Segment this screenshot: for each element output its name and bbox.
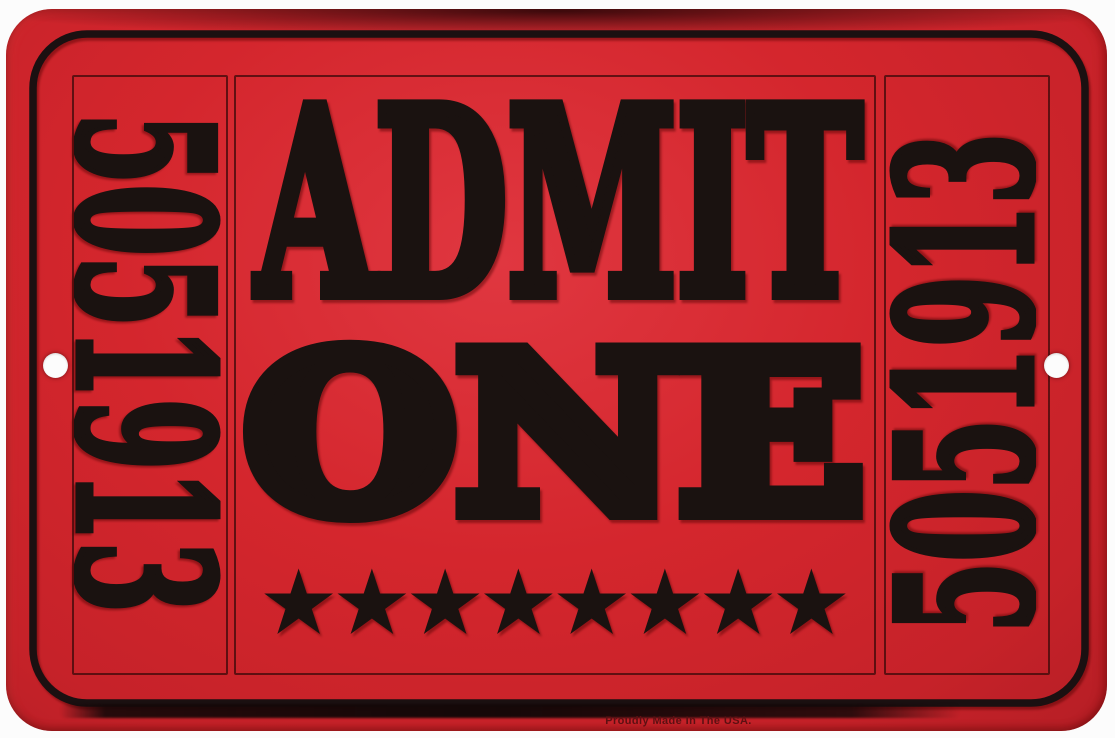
serial-number-left: 5051913 xyxy=(74,103,224,623)
one-text: ONE xyxy=(244,307,864,561)
made-in-usa-text: Proudly Made In The USA. xyxy=(128,715,1107,727)
serial-number-right-text: 5051913 xyxy=(886,133,1036,633)
mounting-hole-left xyxy=(43,353,68,378)
photo-backdrop: { "sign": { "line1": "ADMIT", "line2": "… xyxy=(0,0,1115,738)
mounting-hole-right xyxy=(1044,353,1069,378)
ticket-sign: ADMIT ONE ★★★★★★★★ 5051913 5051913 Proud… xyxy=(6,9,1107,731)
serial-number-right: 5051913 xyxy=(886,123,1036,643)
serial-number-left-text: 5051913 xyxy=(74,113,224,613)
star-row: ★★★★★★★★ xyxy=(262,556,848,651)
